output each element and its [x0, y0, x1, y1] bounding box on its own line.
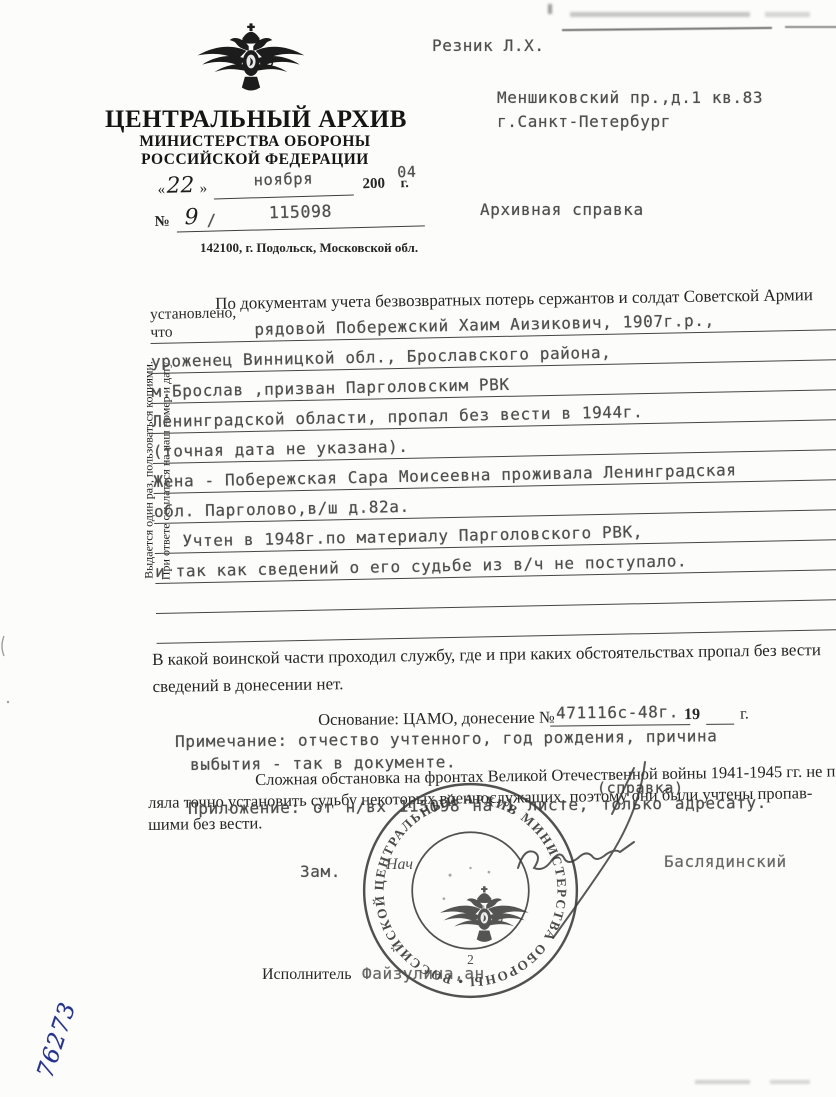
- recipient-address-line1: Меншиковский пр.,д.1 кв.83: [497, 88, 763, 107]
- basis-year-printed: 19: [684, 706, 700, 724]
- number-value-typed: 115098: [269, 202, 333, 223]
- date-open-quote: «: [157, 182, 165, 199]
- org-name-line1: ЦЕНТРАЛЬНЫЙ АРХИВ: [105, 106, 405, 134]
- recipient-address-line2: г.Санкт-Петербург: [497, 112, 671, 131]
- ruled-fill-block: установлено, что рядовой Побережский Хаи…: [150, 300, 836, 644]
- recipient-name: Резник Л.Х.: [432, 36, 545, 55]
- basis-label: Основание: ЦАМО, донесение №: [318, 708, 555, 730]
- date-month-blank: ноября: [213, 169, 354, 200]
- fill-line-text: (точная дата не указана).: [153, 437, 409, 462]
- fill-line-text: обл. Парголово,в/ш д.82а.: [154, 497, 410, 522]
- signer-name: Баслядинский: [664, 852, 787, 871]
- established-label: установлено, что: [150, 304, 255, 342]
- number-line: № 9 / 115098: [154, 199, 455, 236]
- letterhead-address: 142100, г. Подольск, Московской обл.: [200, 240, 418, 256]
- date-month-typed: ноября: [253, 170, 313, 190]
- date-century-printed: 200: [362, 176, 385, 194]
- service-paragraph: В какой воинской части проходил службу, …: [152, 640, 836, 697]
- number-blank: 115098: [176, 199, 425, 232]
- date-year-suffix: г.: [400, 176, 409, 192]
- executor-name: Файзулина,ан: [362, 964, 485, 983]
- date-close-quote: »: [199, 181, 207, 198]
- basis-year-blank: [706, 700, 734, 725]
- basis-year-suffix: г.: [740, 705, 749, 723]
- signer-position-prefix: Зам.: [300, 862, 341, 881]
- number-sign: №: [154, 214, 169, 231]
- basis-value-typed: 471116с-48г.: [556, 702, 679, 722]
- document-title: Архивная справка: [480, 200, 644, 219]
- org-name-line2: МИНИСТЕРСТВА ОБОРОНЫ: [105, 133, 405, 151]
- date-day-handwritten: 22: [166, 173, 195, 199]
- coat-of-arms-eagle-icon: [190, 20, 312, 105]
- basis-line: Основание: ЦАМО, донесение № 471116с-48г…: [318, 699, 778, 730]
- executor-label: Исполнитель: [262, 966, 352, 984]
- faded-footer-marks: [695, 1078, 830, 1090]
- org-name-line3: РОССИЙСКОЙ ФЕДЕРАЦИИ: [105, 151, 405, 169]
- scanned-archive-certificate: Резник Л.Х. Меншиковский пр.,д.1 кв.83 г…: [0, 0, 836, 1097]
- service-line1: В какой воинской части проходил службу, …: [152, 640, 836, 670]
- date-line: « 22 » ноября 200 04 г.: [157, 166, 458, 204]
- faded-receipt-stamp: [540, 2, 835, 36]
- handwritten-archive-number: 76273: [33, 999, 82, 1081]
- service-line2: сведений в донесении нет.: [152, 667, 836, 697]
- note-line1: Примечание: отчество учтенного, год рожд…: [175, 726, 718, 751]
